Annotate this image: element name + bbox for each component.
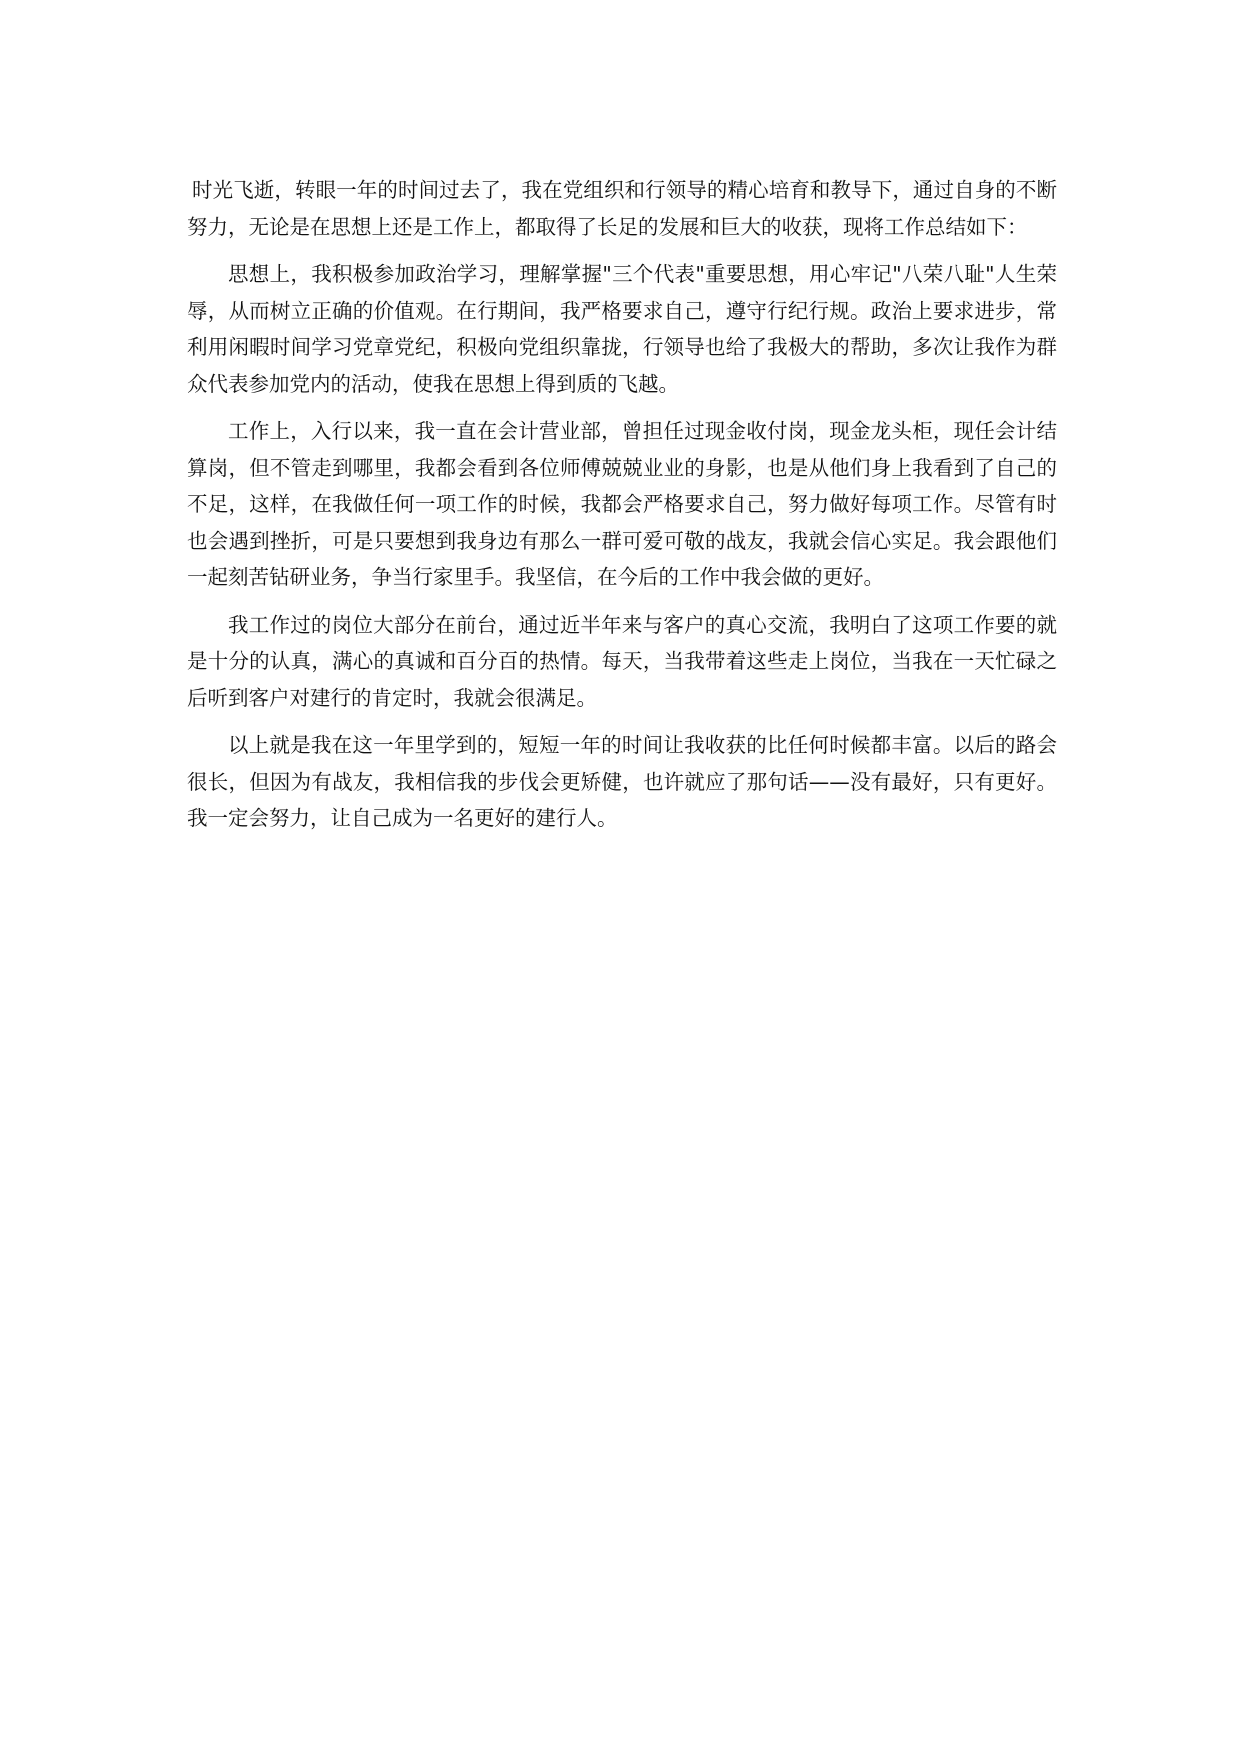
document-body: 时光飞逝，转眼一年的时间过去了，我在党组织和行领导的精心培育和教导下，通过自身的… (187, 172, 1057, 848)
paragraph-intro: 时光飞逝，转眼一年的时间过去了，我在党组织和行领导的精心培育和教导下，通过自身的… (187, 172, 1057, 245)
document-page: 时光飞逝，转眼一年的时间过去了，我在党组织和行领导的精心培育和教导下，通过自身的… (0, 0, 1241, 1754)
paragraph-conclusion: 以上就是我在这一年里学到的，短短一年的时间让我收获的比任何时候都丰富。以后的路会… (187, 727, 1057, 837)
paragraph-work: 工作上，入行以来，我一直在会计营业部，曾担任过现金收付岗，现金龙头柜，现任会计结… (187, 413, 1057, 596)
paragraph-frontdesk: 我工作过的岗位大部分在前台，通过近半年来与客户的真心交流，我明白了这项工作要的就… (187, 607, 1057, 717)
paragraph-thought: 思想上，我积极参加政治学习，理解掌握"三个代表"重要思想，用心牢记"八荣八耻"人… (187, 256, 1057, 402)
